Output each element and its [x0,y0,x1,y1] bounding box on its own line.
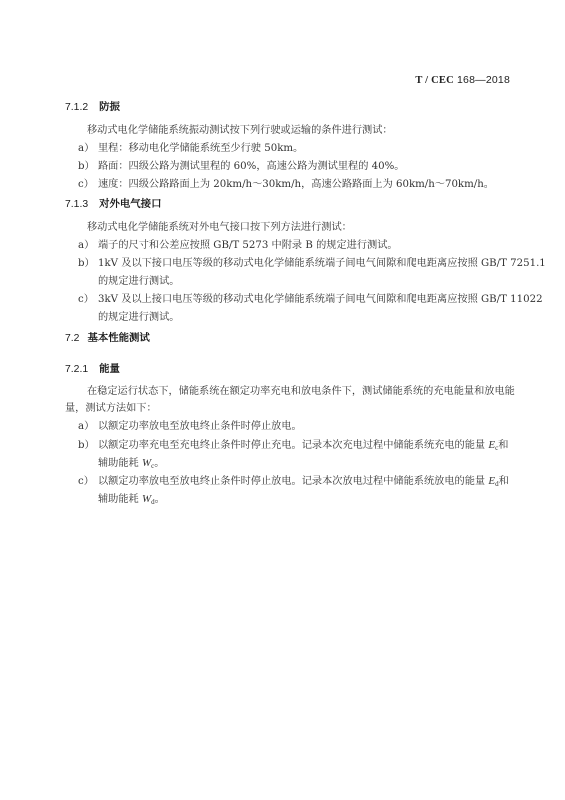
page-lower [0,0,565,800]
